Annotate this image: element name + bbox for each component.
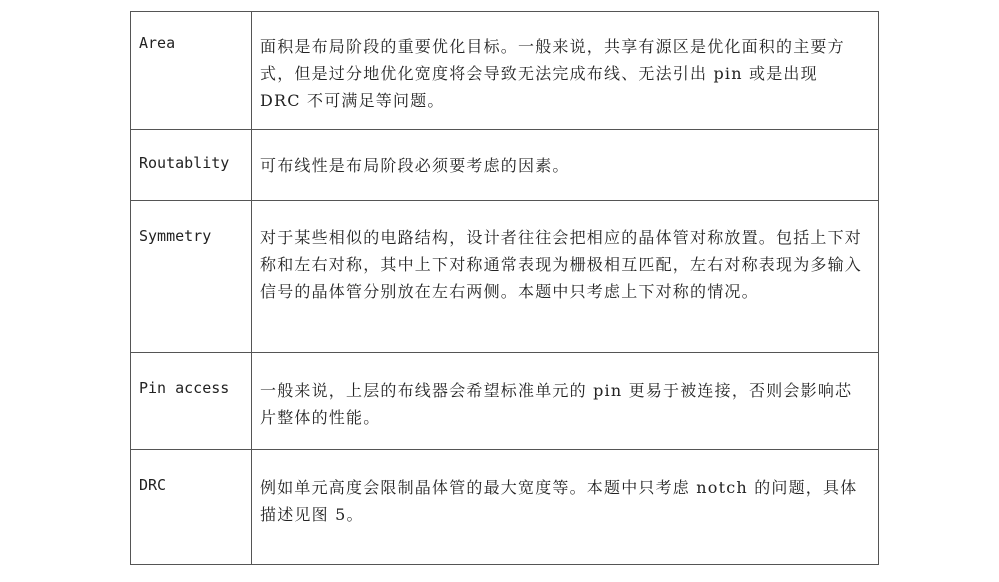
row-key-label: Area xyxy=(139,12,251,52)
row-key-label: Routablity xyxy=(139,130,251,172)
table-row-routability: Routablity 可布线性是布局阶段必须要考虑的因素。 xyxy=(131,130,879,201)
row-value-text: 面积是布局阶段的重要优化目标。一般来说，共享有源区是优化面积的主要方式，但是过分… xyxy=(260,12,864,114)
table-row-symmetry: Symmetry 对于某些相似的电路结构，设计者往往会把相应的晶体管对称放置。包… xyxy=(131,201,879,353)
row-key-cell: Routablity xyxy=(131,130,252,201)
constraints-table: Area 面积是布局阶段的重要优化目标。一般来说，共享有源区是优化面积的主要方式… xyxy=(130,11,879,565)
table-row-drc: DRC 例如单元高度会限制晶体管的最大宽度等。本题中只考虑 notch 的问题，… xyxy=(131,450,879,565)
table-row-area: Area 面积是布局阶段的重要优化目标。一般来说，共享有源区是优化面积的主要方式… xyxy=(131,12,879,130)
row-key-label: DRC xyxy=(139,450,251,494)
row-value-cell: 例如单元高度会限制晶体管的最大宽度等。本题中只考虑 notch 的问题，具体描述… xyxy=(252,450,879,565)
row-value-cell: 一般来说，上层的布线器会希望标准单元的 pin 更易于被连接，否则会影响芯片整体… xyxy=(252,353,879,450)
row-key-cell: DRC xyxy=(131,450,252,565)
row-value-cell: 面积是布局阶段的重要优化目标。一般来说，共享有源区是优化面积的主要方式，但是过分… xyxy=(252,12,879,130)
row-value-cell: 可布线性是布局阶段必须要考虑的因素。 xyxy=(252,130,879,201)
row-key-label: Symmetry xyxy=(139,201,251,245)
row-key-label: Pin access xyxy=(139,353,251,397)
row-value-text: 可布线性是布局阶段必须要考虑的因素。 xyxy=(260,130,864,179)
row-value-cell: 对于某些相似的电路结构，设计者往往会把相应的晶体管对称放置。包括上下对称和左右对… xyxy=(252,201,879,353)
row-key-cell: Symmetry xyxy=(131,201,252,353)
row-key-cell: Pin access xyxy=(131,353,252,450)
row-key-cell: Area xyxy=(131,12,252,130)
row-value-text: 例如单元高度会限制晶体管的最大宽度等。本题中只考虑 notch 的问题，具体描述… xyxy=(260,450,864,528)
row-value-text: 一般来说，上层的布线器会希望标准单元的 pin 更易于被连接，否则会影响芯片整体… xyxy=(260,353,864,431)
row-value-text: 对于某些相似的电路结构，设计者往往会把相应的晶体管对称放置。包括上下对称和左右对… xyxy=(260,201,864,305)
table-row-pin-access: Pin access 一般来说，上层的布线器会希望标准单元的 pin 更易于被连… xyxy=(131,353,879,450)
